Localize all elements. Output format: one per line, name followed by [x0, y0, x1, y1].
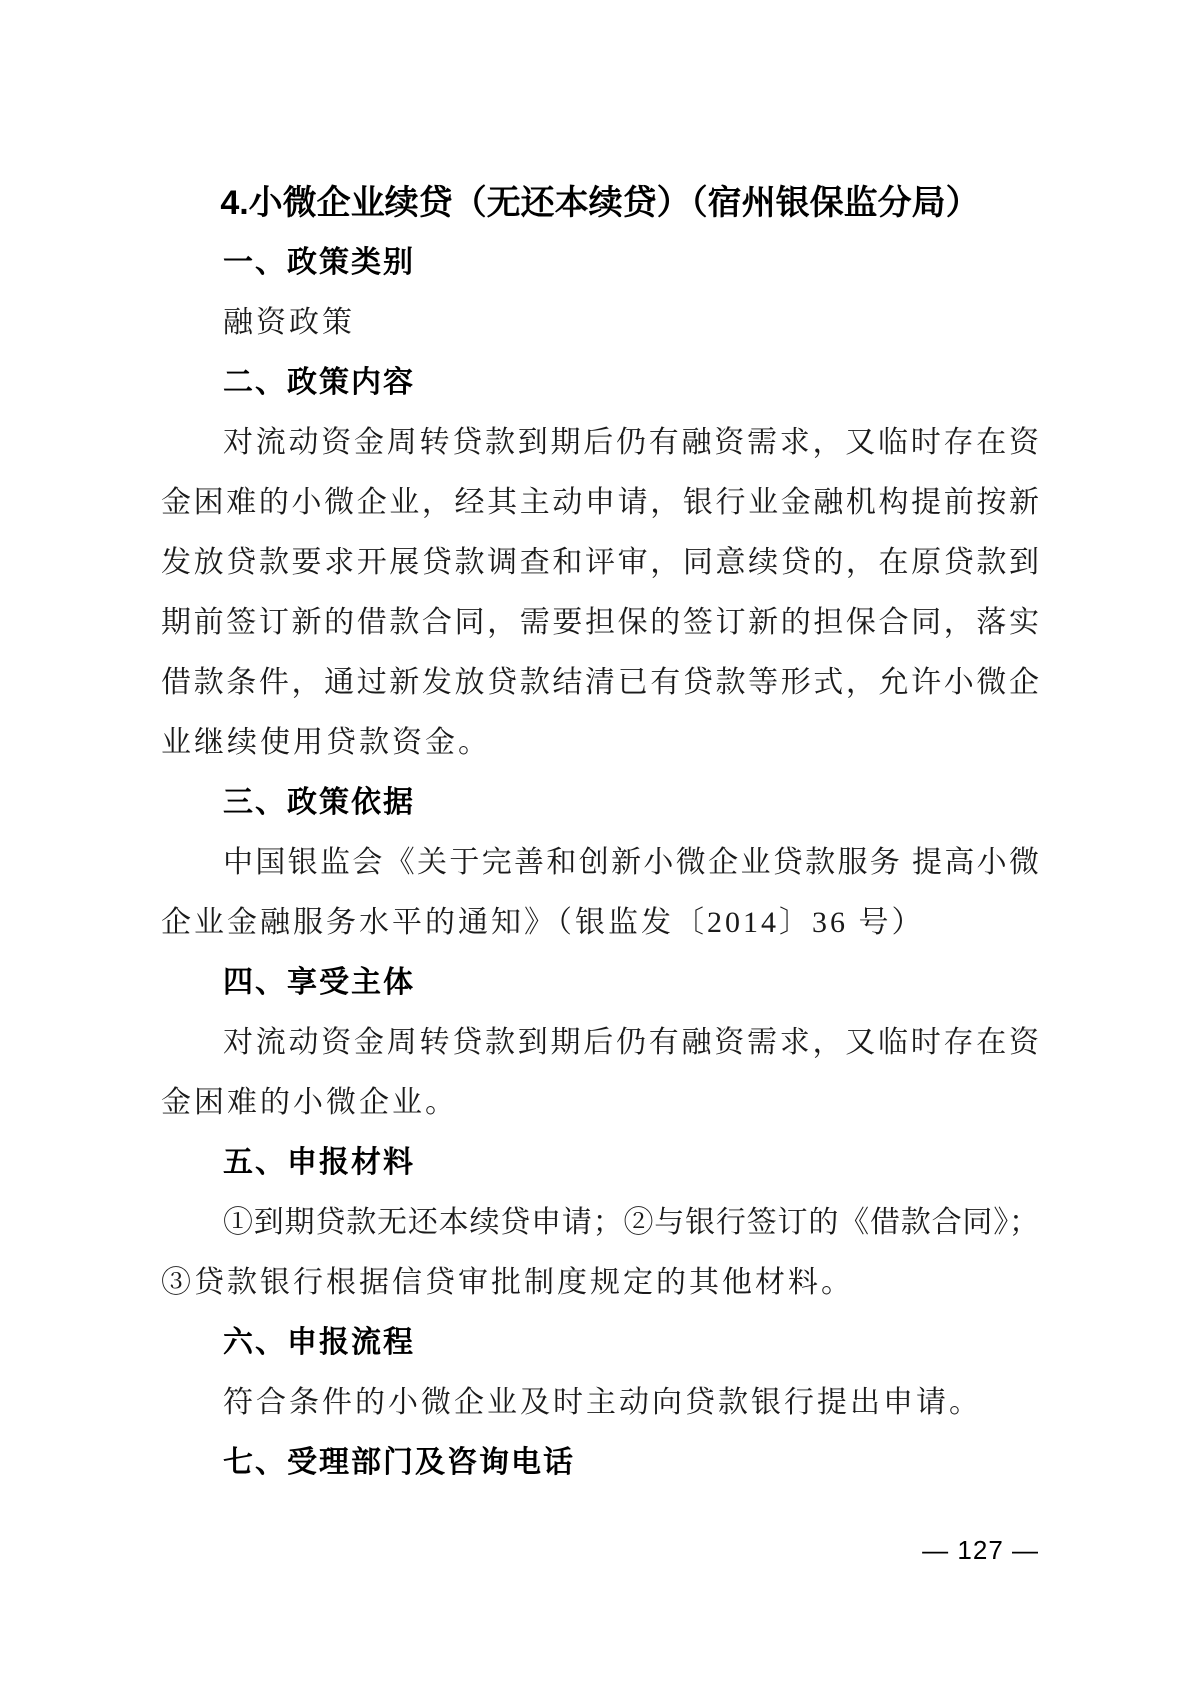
body-line: 符合条件的小微企业及时主动向贷款银行提出申请。 [161, 1373, 1039, 1433]
body-line: 对流动资金周转贷款到期后仍有融资需求，又临时存在资 [161, 1013, 1039, 1073]
body-line: 企业金融服务水平的通知》（银监发〔2014〕36 号） [161, 893, 1039, 953]
body-line: 金困难的小微企业。 [161, 1073, 1039, 1133]
body-line: 金困难的小微企业，经其主动申请，银行业金融机构提前按新 [161, 473, 1039, 533]
page-footer: — 127 — [922, 1532, 1039, 1568]
section-heading-beneficiary: 四、享受主体 [161, 953, 1039, 1013]
section-heading-policy-content: 二、政策内容 [161, 353, 1039, 413]
body-line: 期前签订新的借款合同，需要担保的签订新的担保合同，落实 [161, 593, 1039, 653]
body-line: 融资政策 [161, 293, 1039, 353]
section-heading-contact-department: 七、受理部门及咨询电话 [161, 1433, 1039, 1493]
body-line: ③贷款银行根据信贷审批制度规定的其他材料。 [161, 1253, 1039, 1313]
body-line: 对流动资金周转贷款到期后仍有融资需求，又临时存在资 [161, 413, 1039, 473]
section-heading-policy-category: 一、政策类别 [161, 233, 1039, 293]
page-number: — 127 — [922, 1535, 1039, 1565]
section-heading-policy-basis: 三、政策依据 [161, 773, 1039, 833]
document-title: 4.小微企业续贷（无还本续贷）（宿州银保监分局） [161, 173, 1039, 233]
section-heading-application-process: 六、申报流程 [161, 1313, 1039, 1373]
body-line: 中国银监会《关于完善和创新小微企业贷款服务 提高小微 [161, 833, 1039, 893]
body-line: 发放贷款要求开展贷款调查和评审，同意续贷的，在原贷款到 [161, 533, 1039, 593]
section-heading-application-materials: 五、申报材料 [161, 1133, 1039, 1193]
body-line: 借款条件，通过新发放贷款结清已有贷款等形式，允许小微企 [161, 653, 1039, 713]
document-content: 4.小微企业续贷（无还本续贷）（宿州银保监分局） 一、政策类别 融资政策 二、政… [161, 173, 1039, 1493]
body-line: ①到期贷款无还本续贷申请；②与银行签订的《借款合同》； [161, 1193, 1039, 1253]
body-line: 业继续使用贷款资金。 [161, 713, 1039, 773]
document-page: 4.小微企业续贷（无还本续贷）（宿州银保监分局） 一、政策类别 融资政策 二、政… [0, 0, 1190, 1683]
